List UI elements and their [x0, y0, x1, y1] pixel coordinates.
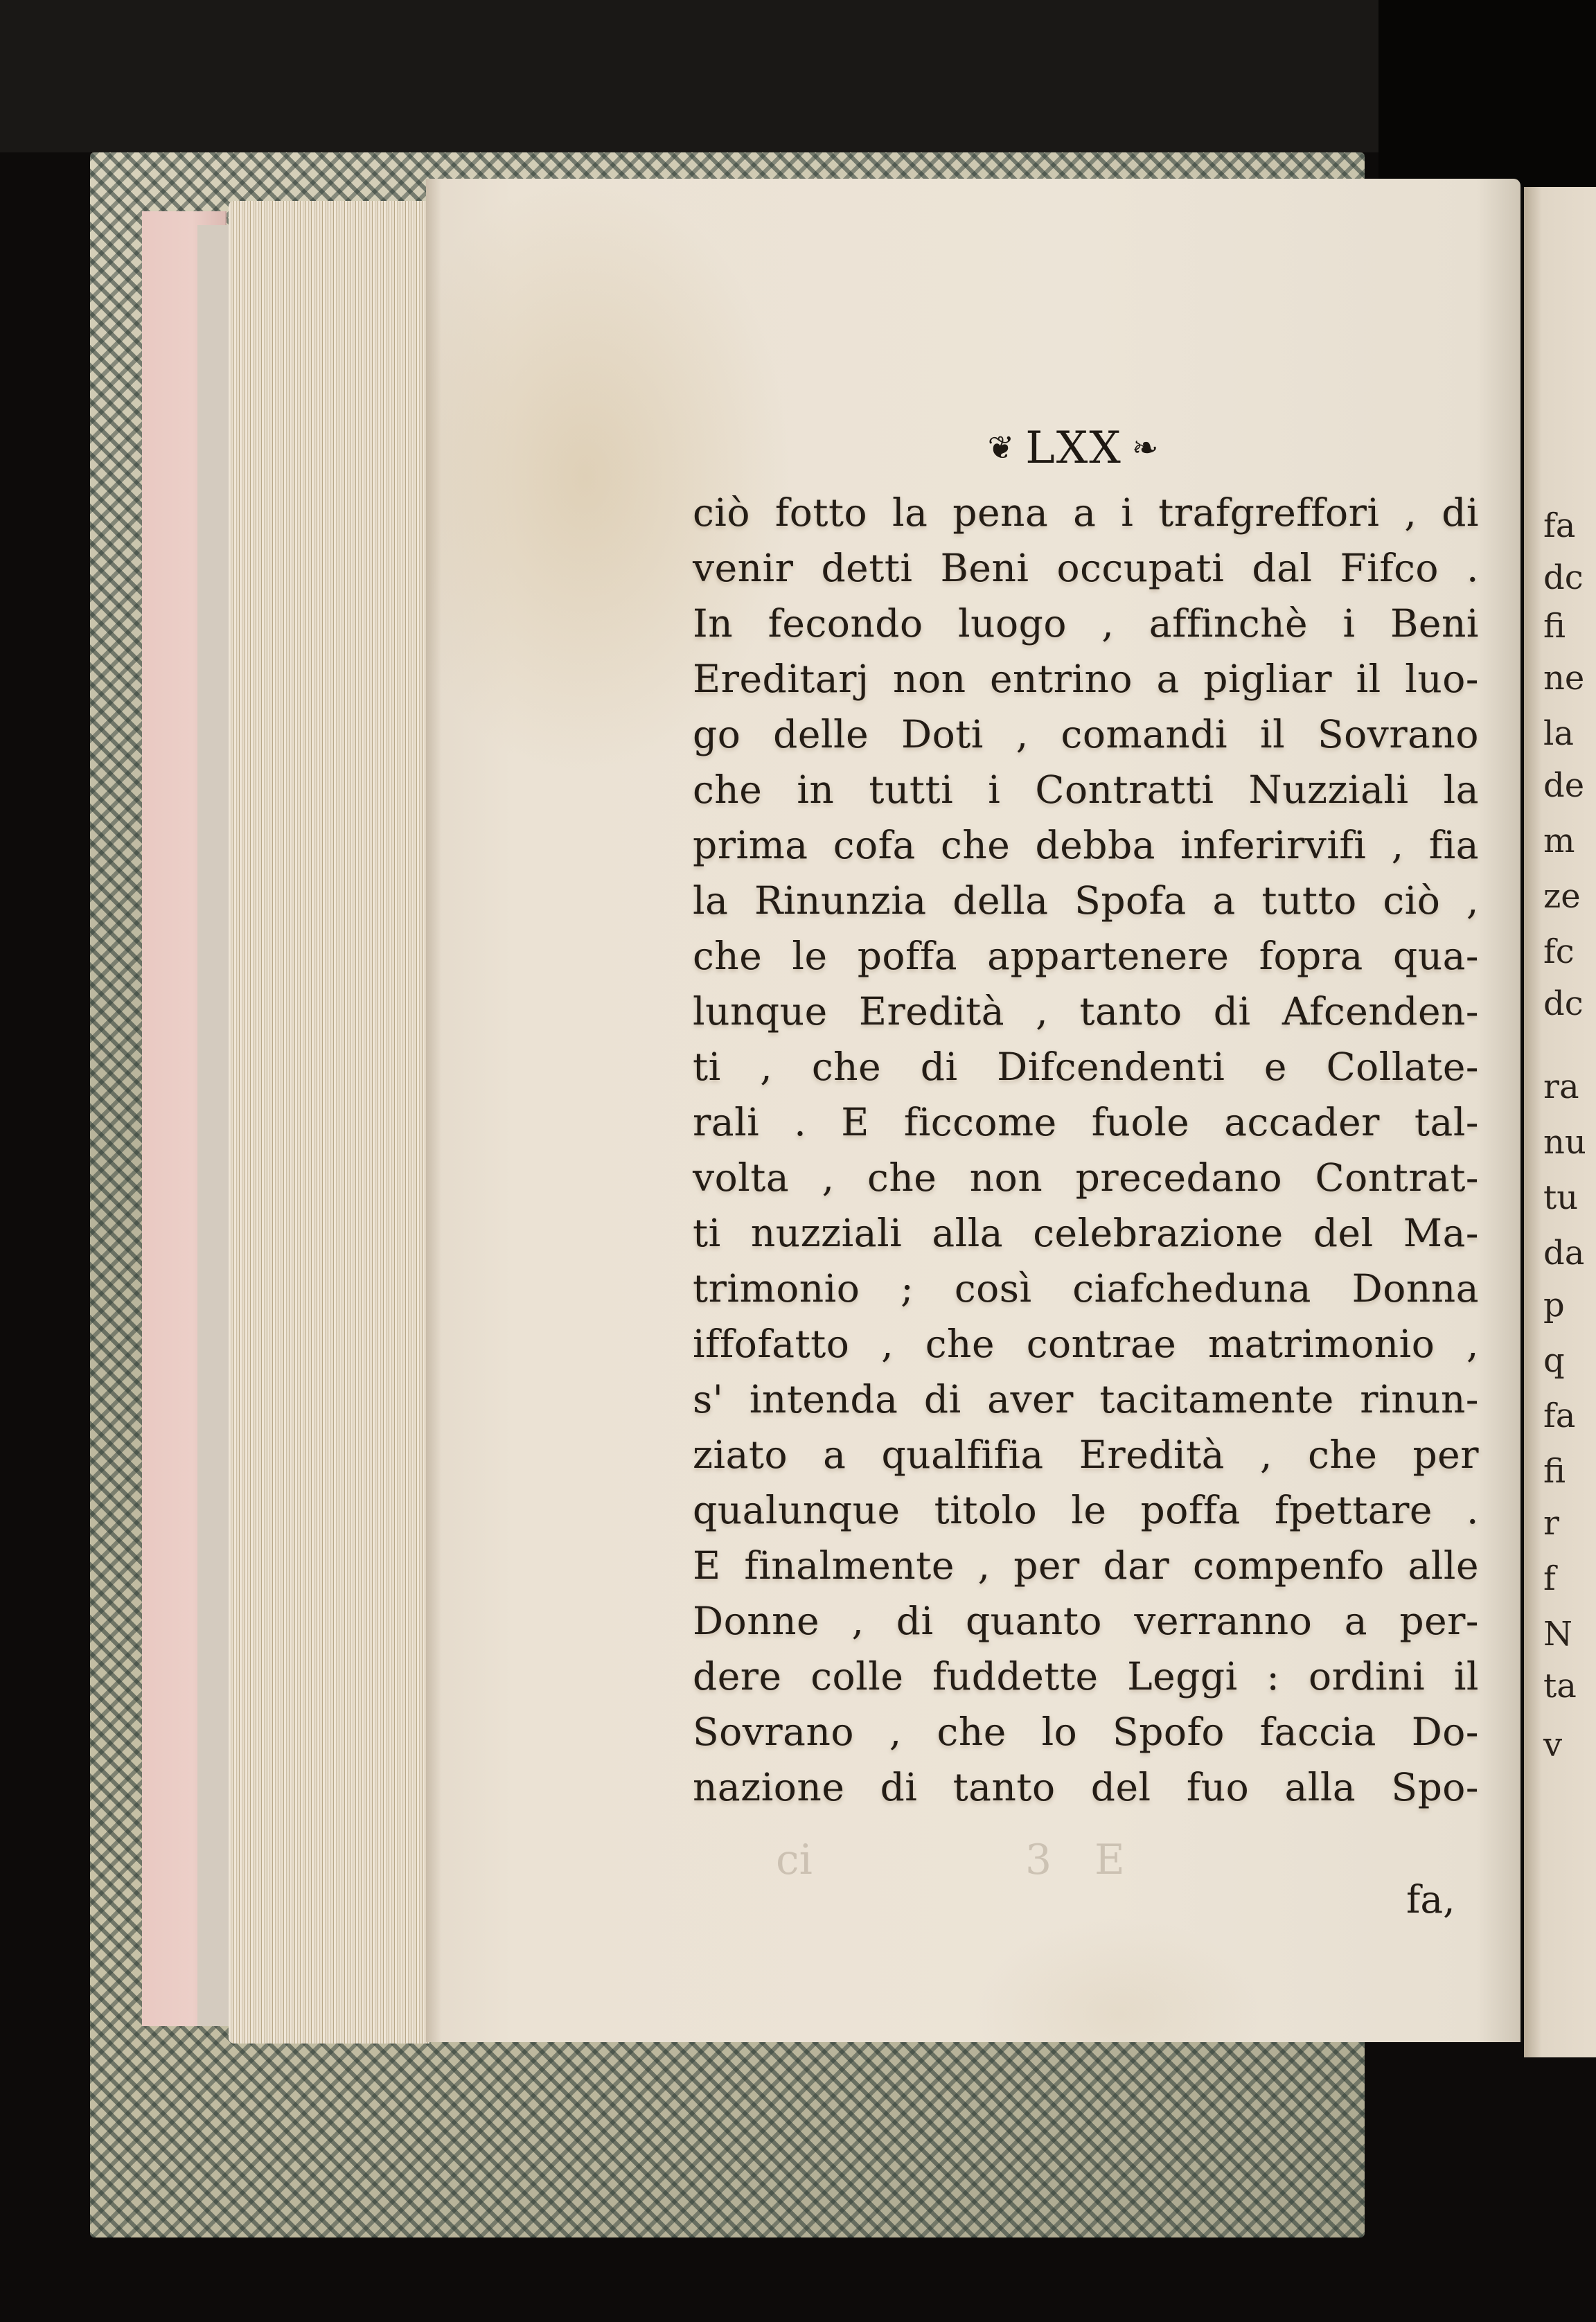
facing-page-fragment: la	[1543, 717, 1574, 750]
page-number: LXX	[1025, 423, 1122, 474]
facing-page-fragment: N	[1543, 1618, 1572, 1651]
facing-page-fragment: m	[1543, 824, 1575, 858]
text-line: ti nuzziali alla celebrazione del Ma-	[693, 1205, 1479, 1261]
show-through-text: ci	[776, 1836, 813, 1884]
gutter-shadow	[426, 179, 441, 2042]
facing-page-edge: fadcfinelademzefcdcranutudapqfafirfNtav	[1524, 187, 1596, 2057]
facing-page-fragment: dc	[1543, 987, 1584, 1020]
facing-page-fragment: de	[1543, 769, 1584, 802]
facing-page-fragment: ze	[1543, 880, 1581, 913]
text-line: go delle Doti , comandi il Sovrano	[693, 707, 1479, 762]
show-through-text: 3	[1025, 1836, 1052, 1884]
text-line: la Rinunzia della Spofa a tutto ciò ,	[693, 873, 1479, 928]
facing-page-fragment: da	[1543, 1237, 1584, 1270]
text-line: ti , che di Difcendenti e Collate-	[693, 1039, 1479, 1094]
text-line: lunque Eredità , tanto di Afcenden-	[693, 984, 1479, 1039]
text-line: Donne , di quanto verranno a per-	[693, 1593, 1479, 1649]
text-line: s' intenda di aver tacitamente rinun-	[693, 1372, 1479, 1427]
running-head: ❦LXX❧	[665, 423, 1482, 474]
facing-page-fragment: dc	[1543, 561, 1584, 594]
background-top	[0, 0, 1596, 152]
facing-page-fragment: tu	[1543, 1181, 1578, 1214]
text-line: In fecondo luogo , affinchè i Beni	[693, 596, 1479, 651]
text-line: Sovrano , che lo Spofo faccia Do-	[693, 1704, 1479, 1760]
text-line: Ereditarj non entrino a pigliar il luo-	[693, 651, 1479, 707]
text-line: rali . E ficcome fuole accader tal-	[693, 1094, 1479, 1150]
facing-page-fragment: r	[1543, 1507, 1559, 1540]
book-photo: fadcfinelademzefcdcranutudapqfafirfNtav …	[0, 0, 1596, 2322]
text-line: volta , che non precedano Contrat-	[693, 1150, 1479, 1205]
text-line: che in tutti i Contratti Nuzziali la	[693, 762, 1479, 817]
facing-page-fragment: ra	[1543, 1070, 1579, 1104]
text-line: E finalmente , per dar compenfo alle	[693, 1538, 1479, 1593]
facing-page-fragment: v	[1543, 1728, 1562, 1762]
text-line: ziato a qualfifia Eredità , che per	[693, 1427, 1479, 1482]
facing-page-fragment: ne	[1543, 662, 1584, 695]
background-corner	[1378, 0, 1596, 187]
catchword: fa,	[1406, 1877, 1455, 1922]
text-line: venir detti Beni occupati dal Fifco .	[693, 540, 1479, 596]
facing-page-fragment: fa	[1543, 1399, 1575, 1433]
facing-page-fragment: nu	[1543, 1126, 1586, 1159]
facing-page-fragment: p	[1543, 1288, 1565, 1322]
facing-page-fragment: fc	[1543, 935, 1575, 968]
text-line: ciò fotto la pena a i trafgreffori , di	[693, 485, 1479, 540]
facing-page-fragment: ta	[1543, 1669, 1577, 1703]
show-through-text: E	[1094, 1836, 1125, 1884]
text-line: dere colle fuddette Leggi : ordini il	[693, 1649, 1479, 1704]
facing-page-fragment: q	[1543, 1344, 1565, 1377]
page-edges	[229, 201, 429, 2044]
text-line: qualunque titolo le poffa fpettare .	[693, 1482, 1479, 1538]
text-line: trimonio ; così ciafcheduna Donna	[693, 1261, 1479, 1316]
facing-page-fragment: f	[1543, 1562, 1556, 1595]
text-line: prima cofa che debba inferirvifi , fia	[693, 817, 1479, 873]
fleuron-right-icon: ❧	[1132, 429, 1160, 466]
fleuron-left-icon: ❦	[988, 429, 1016, 466]
facing-page-fragment: fa	[1543, 509, 1575, 542]
text-line: iffofatto , che contrae matrimonio ,	[693, 1316, 1479, 1372]
text-line: nazione di tanto del fuo alla Spo-	[693, 1760, 1479, 1815]
facing-page-fragment: fi	[1543, 610, 1566, 643]
body-text: ciò fotto la pena a i trafgreffori , di …	[693, 485, 1479, 1815]
text-line: che le poffa appartenere fopra qua-	[693, 928, 1479, 984]
facing-page-fragment: fi	[1543, 1455, 1566, 1488]
